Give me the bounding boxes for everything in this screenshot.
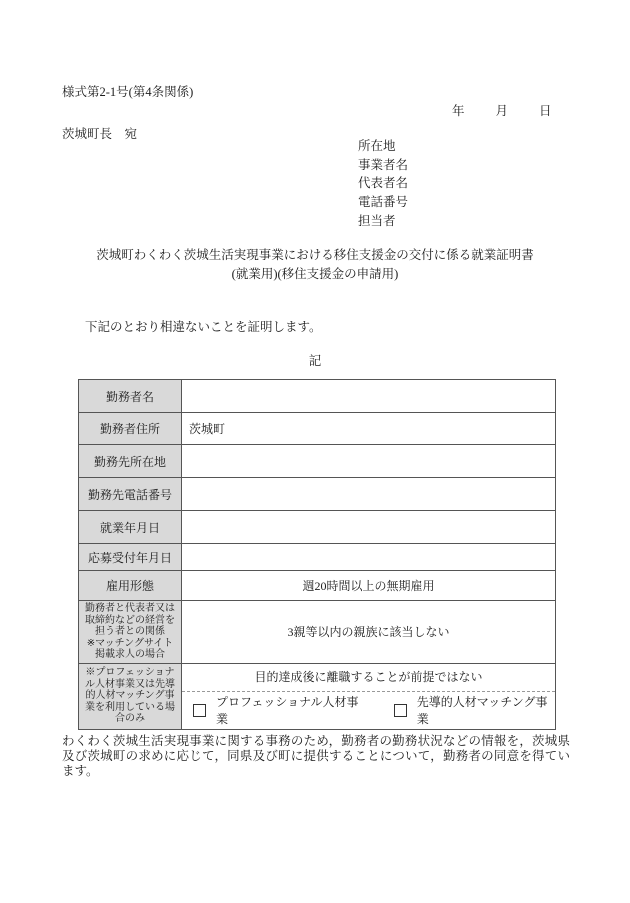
table-row-application-date: 応募受付年月日	[79, 544, 556, 571]
sender-field-business-name: 事業者名	[358, 156, 408, 175]
checkbox-professional-jinzai[interactable]: プロフェッショナル人材事業	[193, 693, 366, 727]
document-page: 様式第2-1号(第4条関係) 年 月 日 茨城町長 宛 所在地 事業者名 代表者…	[0, 0, 630, 903]
table-row-relationship: 勤務者と代表者又は 取締約などの経営を 担う者との関係 ※マッチングサイト 掲載…	[79, 601, 556, 664]
sender-field-phone: 電話番号	[358, 193, 408, 212]
sender-field-contact-person: 担当者	[358, 212, 408, 231]
row-label-workplace-phone: 勤務先電話番号	[79, 478, 182, 511]
row-label-relationship: 勤務者と代表者又は 取締約などの経営を 担う者との関係 ※マッチングサイト 掲載…	[79, 601, 182, 664]
row-value-relationship: 3親等以内の親族に該当しない	[182, 601, 556, 664]
consent-paragraph: わくわく茨城生活実現事業に関する事務のため，勤務者の勤務状況などの情報を，茨城県…	[62, 734, 570, 779]
title-line-2: (就業用)(移住支援金の申請用)	[0, 265, 630, 284]
row-label-employment-type: 雇用形態	[79, 571, 182, 601]
checkbox-sendoteki-matching[interactable]: 先導的人材マッチング事業	[394, 693, 555, 727]
table-row-workplace-location: 勤務先所在地	[79, 445, 556, 478]
row-value-application-date	[182, 544, 556, 571]
table-row-worker-name: 勤務者名	[79, 380, 556, 413]
document-title: 茨城町わくわく茨城生活実現事業における移住支援金の交付に係る就業証明書 (就業用…	[0, 246, 630, 284]
row-value-workplace-phone	[182, 478, 556, 511]
table-row-program-use: ※プロフェッショナ ル人材事業又は先導 的人材マッチング事 業を利用している場 …	[79, 663, 556, 729]
row-label-worker-name: 勤務者名	[79, 380, 182, 413]
row-label-workplace-location: 勤務先所在地	[79, 445, 182, 478]
row-label-employment-date: 就業年月日	[79, 511, 182, 544]
ki-mark: 記	[0, 351, 630, 369]
checkbox-icon[interactable]	[193, 704, 206, 717]
date-line: 年 月 日	[452, 101, 554, 119]
row-value-worker-address: 茨城町	[182, 413, 556, 445]
title-line-1: 茨城町わくわく茨城生活実現事業における移住支援金の交付に係る就業証明書	[0, 246, 630, 265]
table-row-worker-address: 勤務者住所 茨城町	[79, 413, 556, 445]
checkbox-icon[interactable]	[394, 704, 407, 717]
table-row-employment-date: 就業年月日	[79, 511, 556, 544]
row-label-program-use: ※プロフェッショナ ル人材事業又は先導 的人材マッチング事 業を利用している場 …	[79, 663, 182, 729]
sender-field-location: 所在地	[358, 137, 408, 156]
row-label-worker-address: 勤務者住所	[79, 413, 182, 445]
table-row-workplace-phone: 勤務先電話番号	[79, 478, 556, 511]
row-value-employment-date	[182, 511, 556, 544]
checkbox-label-matching: 先導的人材マッチング事業	[417, 693, 555, 727]
employment-certificate-table: 勤務者名 勤務者住所 茨城町 勤務先所在地 勤務先電話番号 就業年月日 応募受付…	[78, 379, 556, 730]
form-number: 様式第2-1号(第4条関係)	[62, 82, 193, 100]
sender-field-representative: 代表者名	[358, 174, 408, 193]
table-row-employment-type: 雇用形態 週20時間以上の無期雇用	[79, 571, 556, 601]
row-label-application-date: 応募受付年月日	[79, 544, 182, 571]
program-checkbox-row: プロフェッショナル人材事業 先導的人材マッチング事業	[182, 692, 555, 729]
row-value-employment-type: 週20時間以上の無期雇用	[182, 571, 556, 601]
declaration-text: 下記のとおり相違ないことを証明します。	[85, 317, 322, 335]
premise-statement: 目的達成後に離職することが前提ではない	[182, 664, 555, 692]
row-value-worker-name	[182, 380, 556, 413]
row-value-program-use: 目的達成後に離職することが前提ではない プロフェッショナル人材事業 先導的人材マ…	[182, 663, 556, 729]
row-value-workplace-location	[182, 445, 556, 478]
sender-block: 所在地 事業者名 代表者名 電話番号 担当者	[358, 137, 408, 231]
addressee: 茨城町長 宛	[62, 124, 137, 142]
checkbox-label-professional: プロフェッショナル人材事業	[216, 693, 366, 727]
